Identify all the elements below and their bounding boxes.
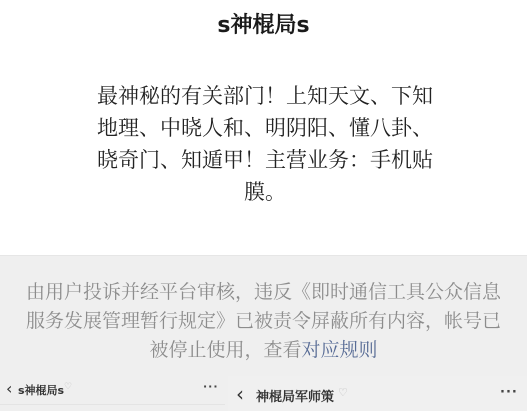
nav-bar-right: ‹ 神棍局军师策 ♡ ··· [228, 376, 527, 411]
rules-link[interactable]: 对应规则 [302, 339, 378, 361]
ban-notice-text: 由用户投诉并经平台审核，违反《即时通信工具公众信息服务发展管理暂行规定》已被责令… [20, 278, 507, 365]
more-icon[interactable]: ··· [500, 385, 518, 400]
nav-bar-left: ‹ s神棍局s ♡ ··· [0, 374, 225, 405]
back-icon[interactable]: ‹ [6, 379, 12, 398]
back-icon[interactable]: ‹ [236, 382, 244, 406]
verified-icon: ♡ [64, 382, 72, 392]
nav-title: s神棍局s [18, 382, 64, 398]
notice-body: 由用户投诉并经平台审核，违反《即时通信工具公众信息服务发展管理暂行规定》已被责令… [26, 281, 501, 361]
more-icon[interactable]: ··· [203, 380, 219, 393]
account-description: 最神秘的有关部门！上知天文、下知地理、中晓人和、明阴阳、懂八卦、晓奇门、知遁甲！… [90, 80, 440, 208]
profile-header: s神棍局s 最神秘的有关部门！上知天文、下知地理、中晓人和、明阴阳、懂八卦、晓奇… [0, 0, 527, 255]
account-title: s神棍局s [0, 8, 527, 39]
verified-icon: ♡ [338, 386, 348, 399]
nav-title: 神棍局军师策 [256, 386, 334, 405]
